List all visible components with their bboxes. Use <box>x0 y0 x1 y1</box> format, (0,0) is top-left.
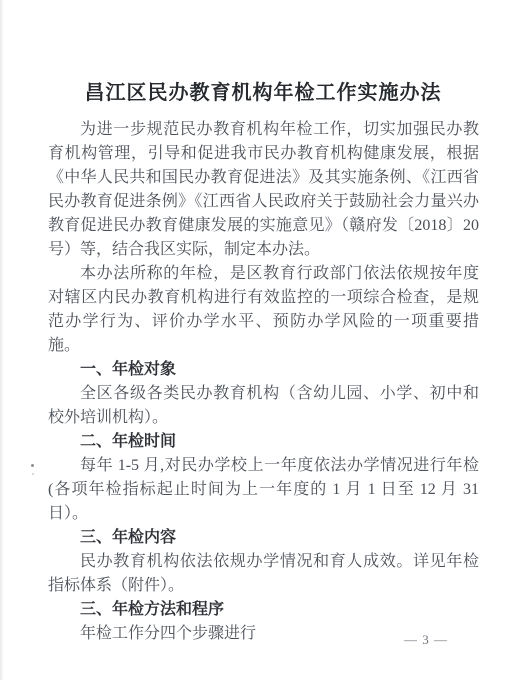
section-heading-targets: 一、年检对象 <box>48 358 479 382</box>
section-heading-content: 三、年检内容 <box>48 526 479 550</box>
page-number: — 3 — <box>404 632 448 648</box>
document-page: 昌江区民办教育机构年检工作实施办法 为进一步规范民办教育机构年检工作，切实加强民… <box>0 0 526 680</box>
document-body: 为进一步规范民办教育机构年检工作，切实加强民办教育机构管理，引导和促进我市民办教… <box>48 118 479 646</box>
section-heading-procedure: 三、年检方法和程序 <box>48 598 479 622</box>
scan-speck <box>31 464 34 467</box>
paragraph-time: 每年 1-5 月,对民办学校上一年度依法办学情况进行年检(各项年检指标起止时间为… <box>48 454 479 526</box>
paragraph-targets: 全区各级各类民办教育机构（含幼儿园、小学、初中和校外培训机构）。 <box>48 382 479 430</box>
paragraph-intro: 为进一步规范民办教育机构年检工作，切实加强民办教育机构管理，引导和促进我市民办教… <box>48 118 479 262</box>
section-heading-time: 二、年检时间 <box>48 430 479 454</box>
paragraph-content: 民办教育机构依法依规办学情况和育人成效。详见年检指标体系（附件）。 <box>48 550 479 598</box>
scan-speck <box>32 473 34 475</box>
document-title: 昌江区民办教育机构年检工作实施办法 <box>0 76 526 105</box>
paragraph-definition: 本办法所称的年检，是区教育行政部门依法依规按年度对辖区内民办教育机构进行有效监控… <box>48 262 479 358</box>
